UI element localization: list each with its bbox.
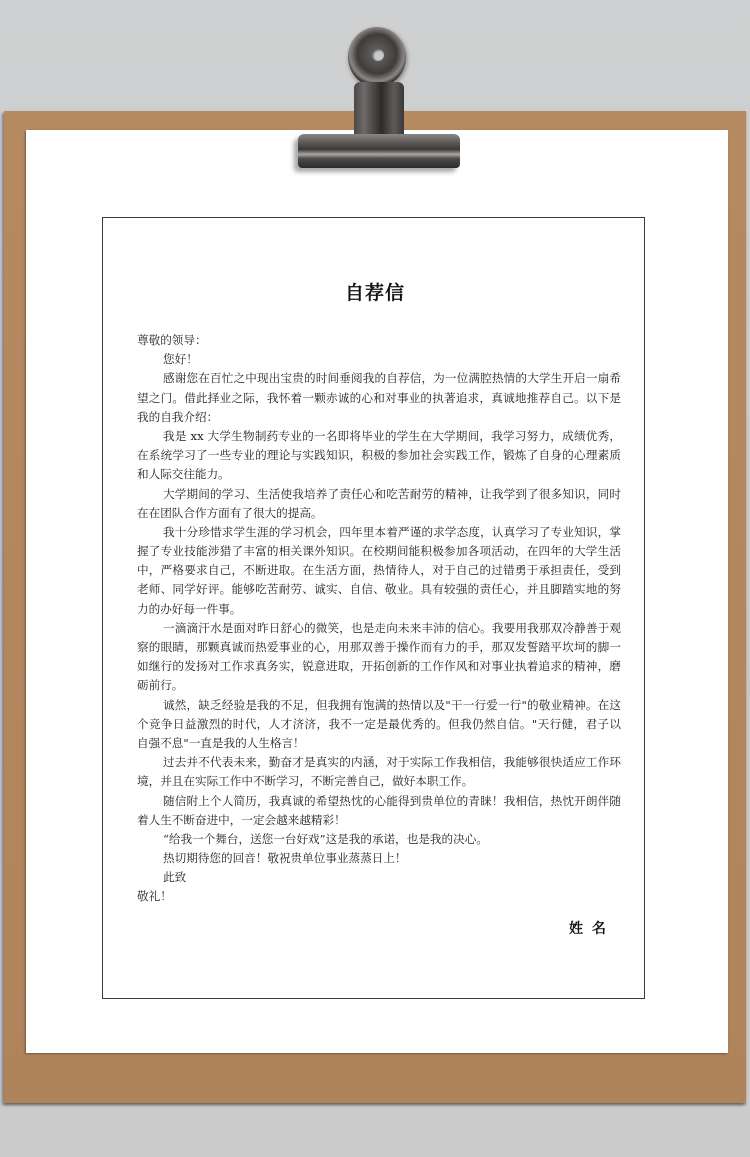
letter-line: 个竞争日益激烈的时代，人才济济，我不一定是最优秀的。但我仍然自信。"天行健，君子… <box>137 715 621 734</box>
document-title: 自荐信 <box>0 278 750 305</box>
letter-line: 着人生不断奋进中，一定会越来越精彩！ <box>137 811 621 830</box>
letter-line: 在系统学习了一些专业的理论与实践知识，积极的参加社会实践工作，锻炼了自身的心理素… <box>137 446 621 465</box>
signature-name: 姓 名 <box>569 918 606 938</box>
binder-clip-icon <box>296 24 462 170</box>
letter-line: 热切期待您的回音！敬祝贵单位事业蒸蒸日上！ <box>137 849 621 868</box>
letter-line: 如继行的发扬对工作求真务实，锐意进取，开拓创新的工作作风和对事业执着追求的精神，… <box>137 657 621 676</box>
letter-line: 老师、同学好评。能够吃苦耐劳、诚实、自信、敬业。具有较强的责任心，并且脚踏实地的… <box>137 580 621 599</box>
letter-line: 您好！ <box>137 350 621 369</box>
letter-line: 此致 <box>137 868 621 887</box>
letter-line: 自强不息"一直是我的人生格言！ <box>137 734 621 753</box>
clip-hole <box>372 49 384 61</box>
letter-line: 力的办好每一件事。 <box>137 600 621 619</box>
letter-line: 尊敬的领导： <box>137 331 621 350</box>
clip-jaw <box>298 134 460 168</box>
letter-line: 随信附上个人简历，我真诚的希望热忱的心能得到贵单位的青睐！我相信，热忱开朗伴随 <box>137 792 621 811</box>
letter-line: 我十分珍惜求学生涯的学习机会，四年里本着严谨的求学态度，认真学习了专业知识，掌 <box>137 523 621 542</box>
letter-line: 察的眼睛，那颗真诚而热爱事业的心，用那双善于操作而有力的手，那双发誓踏平坎坷的脚… <box>137 638 621 657</box>
letter-line: 诚然，缺乏经验是我的不足，但我拥有饱满的热情以及"干一行爱一行"的敬业精神。在这 <box>137 696 621 715</box>
letter-line: “给我一个舞台，送您一台好戏”这是我的承诺，也是我的决心。 <box>137 830 621 849</box>
letter-line: 感谢您在百忙之中现出宝贵的时间垂阅我的自荐信，为一位满腔热情的大学生开启一扇希 <box>137 369 621 388</box>
letter-line: 中，严格要求自己，不断进取。在生活方面，热情待人，对于自己的过错勇于承担责任，受… <box>137 561 621 580</box>
letter-line: 和人际交往能力。 <box>137 465 621 484</box>
letter-line: 在在团队合作方面有了很大的提高。 <box>137 504 621 523</box>
letter-line: 敬礼！ <box>137 887 621 906</box>
letter-line: 大学期间的学习、生活使我培养了责任心和吃苦耐劳的精神，让我学到了很多知识，同时 <box>137 485 621 504</box>
letter-line: 境，并且在实际工作中不断学习，不断完善自己，做好本职工作。 <box>137 772 621 791</box>
letter-line: 我的自我介绍： <box>137 408 621 427</box>
letter-line: 砺前行。 <box>137 676 621 695</box>
letter-line: 一滴滴汗水是面对昨日舒心的微笑，也是走向未来丰沛的信心。我要用我那双冷静善于观 <box>137 619 621 638</box>
letter-line: 望之门。借此择业之际，我怀着一颗赤诚的心和对事业的执著追求，真诚地推荐自己。以下… <box>137 389 621 408</box>
letter-line: 我是 xx 大学生物制药专业的一名即将毕业的学生在大学期间，我学习努力，成绩优秀… <box>137 427 621 446</box>
letter-line: 握了专业技能涉猎了丰富的相关课外知识。在校期间能积极参加各项活动，在四年的大学生… <box>137 542 621 561</box>
letter-body: 尊敬的领导：您好！感谢您在百忙之中现出宝贵的时间垂阅我的自荐信，为一位满腔热情的… <box>137 331 621 907</box>
letter-line: 过去并不代表未来，勤奋才是真实的内涵，对于实际工作我相信，我能够很快适应工作环 <box>137 753 621 772</box>
